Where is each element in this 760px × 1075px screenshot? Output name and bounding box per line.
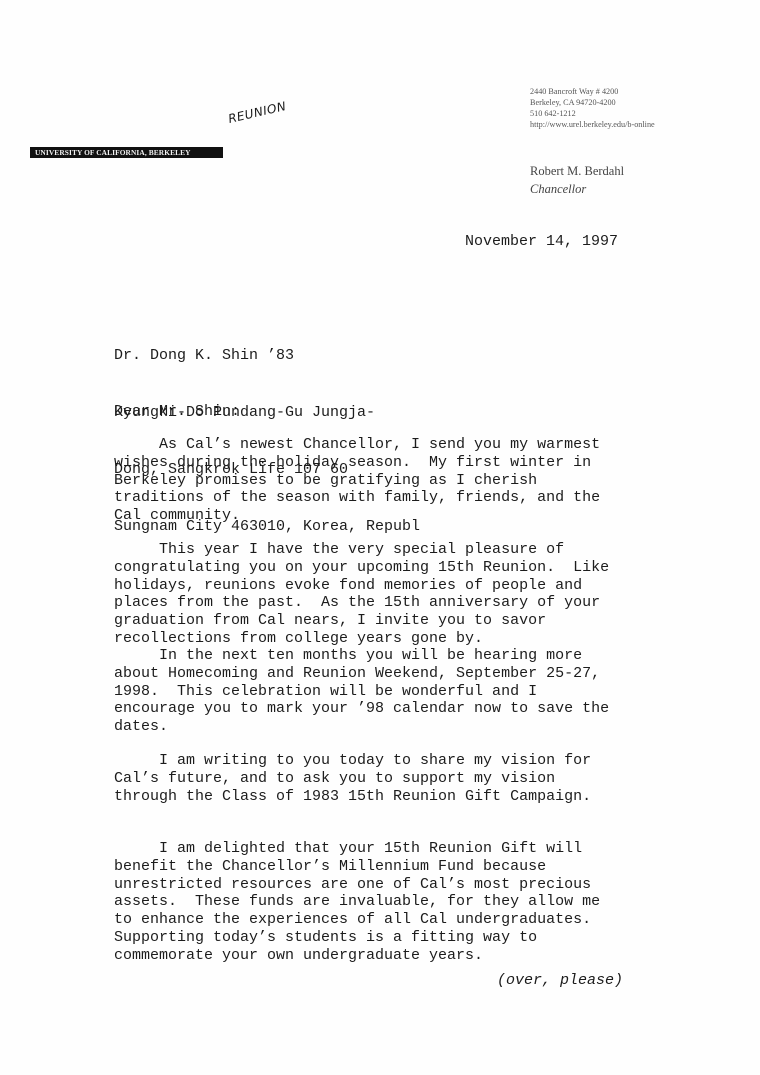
paragraph-holiday-wishes: As Cal’s newest Chancellor, I send you m…: [114, 436, 600, 525]
paragraph-reunion-congrats: This year I have the very special pleasu…: [114, 541, 609, 648]
paragraph-homecoming: In the next ten months you will be heari…: [114, 647, 609, 736]
sender-address-block: 2440 Bancroft Way # 4200 Berkeley, CA 94…: [530, 86, 655, 130]
salutation: Dear Mr. Shin:: [114, 403, 240, 420]
recipient-line: Dr. Dong K. Shin ’83: [114, 346, 420, 365]
sender-identity: Robert M. Berdahl Chancellor: [530, 162, 624, 198]
sender-name: Robert M. Berdahl: [530, 162, 624, 180]
sender-title: Chancellor: [530, 180, 624, 198]
letter-page: REUNION UNIVERSITY OF CALIFORNIA, BERKEL…: [0, 0, 760, 1075]
website-line: http://www.urel.berkeley.edu/b-online: [530, 119, 655, 130]
continuation-note: (over, please): [497, 972, 623, 989]
address-line: Berkeley, CA 94720-4200: [530, 97, 655, 108]
phone-line: 510 642-1212: [530, 108, 655, 119]
paragraph-vision: I am writing to you today to share my vi…: [114, 752, 591, 805]
reunion-handwritten-stamp: REUNION: [227, 99, 288, 126]
address-line: 2440 Bancroft Way # 4200: [530, 86, 655, 97]
university-letterhead-bar: UNIVERSITY OF CALIFORNIA, BERKELEY: [30, 147, 223, 158]
paragraph-millennium-fund: I am delighted that your 15th Reunion Gi…: [114, 840, 600, 965]
letter-date: November 14, 1997: [465, 233, 618, 250]
